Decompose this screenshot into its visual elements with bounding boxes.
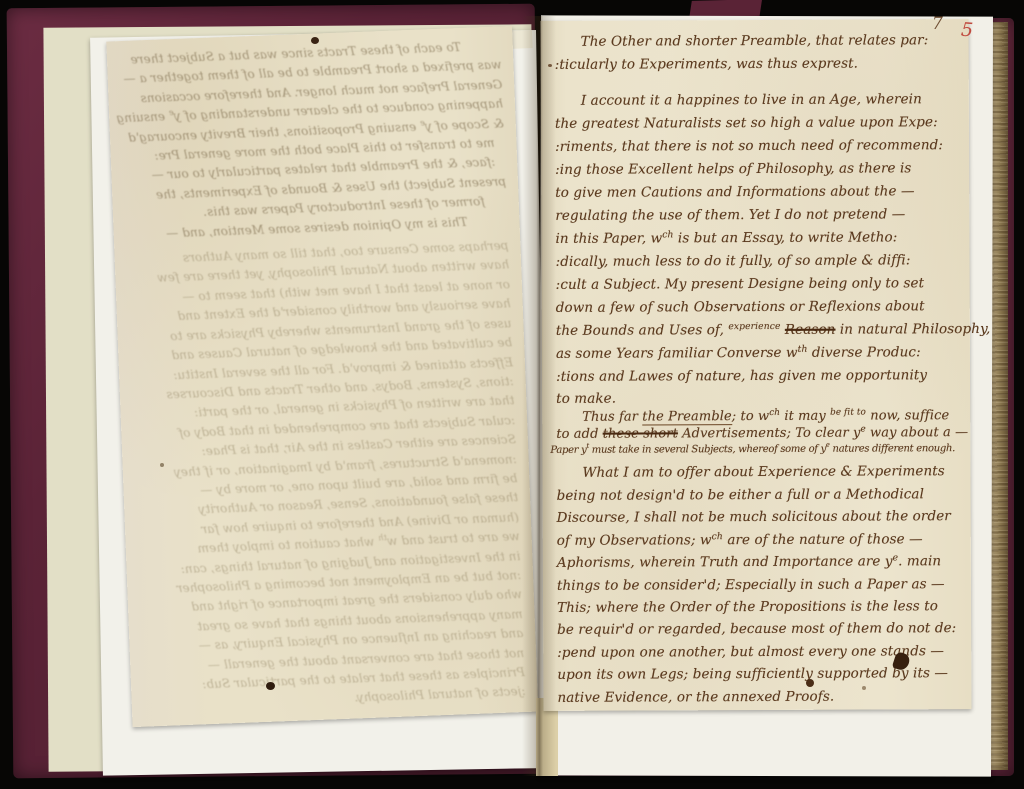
manuscript-line: native Evidence, or the annexed Proofs. bbox=[557, 685, 965, 709]
right-manuscript-leaf: The Other and shorter Preamble, that rel… bbox=[540, 19, 971, 711]
manuscript-line: Paper yt must take in several Subjects, … bbox=[550, 441, 964, 458]
manuscript-line: to give men Cautions and Informations ab… bbox=[555, 180, 963, 205]
manuscript-line: in this Paper, wch is but an Essay, to w… bbox=[555, 226, 963, 251]
manuscript-line: The Other and shorter Preamble, that rel… bbox=[555, 29, 963, 54]
manuscript-line: regulating the use of them. Yet I do not… bbox=[555, 203, 963, 228]
manuscript-line: be requir'd or regarded, because most of… bbox=[557, 618, 965, 642]
manuscript-line: as some Years familiar Converse wth dive… bbox=[556, 341, 964, 366]
ink-blot bbox=[806, 679, 814, 687]
manuscript-line: Aphorisms, wherein Truth and Importance … bbox=[557, 550, 965, 574]
gutter-shadow bbox=[522, 16, 556, 776]
ink-speck bbox=[160, 463, 164, 467]
manuscript-line: of my Observations; wch are of the natur… bbox=[557, 528, 965, 552]
ink-blot bbox=[862, 686, 866, 690]
manuscript-line: :ing those Excellent helps of Philosophy… bbox=[555, 157, 963, 182]
book-photograph: To each of these Tracts since was but a … bbox=[0, 0, 1024, 789]
folio-number-ink: 7 bbox=[932, 14, 943, 34]
manuscript-text: The Other and shorter Preamble, that rel… bbox=[555, 29, 966, 709]
manuscript-line: :dically, much less to do it fully, of s… bbox=[556, 249, 964, 274]
manuscript-line: :tions and Lawes of nature, has given me… bbox=[556, 364, 964, 389]
bleed-through-text: To each of these Tracts since was but a … bbox=[117, 36, 526, 716]
manuscript-line: I account it a happines to live in an Ag… bbox=[555, 88, 963, 113]
manuscript-line: This; where the Order of the Proposition… bbox=[557, 595, 965, 619]
folio-number-red: 5 bbox=[960, 19, 974, 42]
manuscript-line: Thus far the Preamble; to wch it may be … bbox=[556, 407, 964, 426]
manuscript-line: to make. bbox=[556, 387, 964, 409]
manuscript-line: :riments, that there is not so much need… bbox=[555, 134, 963, 159]
manuscript-line: :cult a Subject. My present Designe bein… bbox=[556, 272, 964, 297]
manuscript-line: :ticularly to Experiments, was thus expr… bbox=[555, 52, 963, 77]
manuscript-line: things to be consider'd; Especially in s… bbox=[557, 573, 965, 597]
manuscript-line: Discourse, I shall not be much solicitou… bbox=[557, 505, 965, 529]
manuscript-line: What I am to offer about Experience & Ex… bbox=[556, 460, 964, 485]
manuscript-line: to add these short Advertisements; To cl… bbox=[556, 424, 964, 443]
manuscript-line: down a few of such Observations or Refle… bbox=[556, 295, 964, 320]
manuscript-line: being not design'd to be either a full o… bbox=[557, 483, 965, 507]
manuscript-line: the Bounds and Uses of, experience Reaso… bbox=[556, 318, 964, 343]
left-manuscript-leaf: To each of these Tracts since was but a … bbox=[106, 26, 538, 727]
ink-blot bbox=[266, 682, 275, 690]
bleed-through-lower-block: perhaps some Censure too, that till so m… bbox=[124, 236, 526, 716]
ink-speck bbox=[548, 64, 552, 67]
manuscript-line: the greatest Naturalists set so high a v… bbox=[555, 111, 963, 136]
bleed-through-upper-block: To each of these Tracts since was but a … bbox=[117, 36, 508, 245]
ink-blot bbox=[311, 37, 319, 44]
